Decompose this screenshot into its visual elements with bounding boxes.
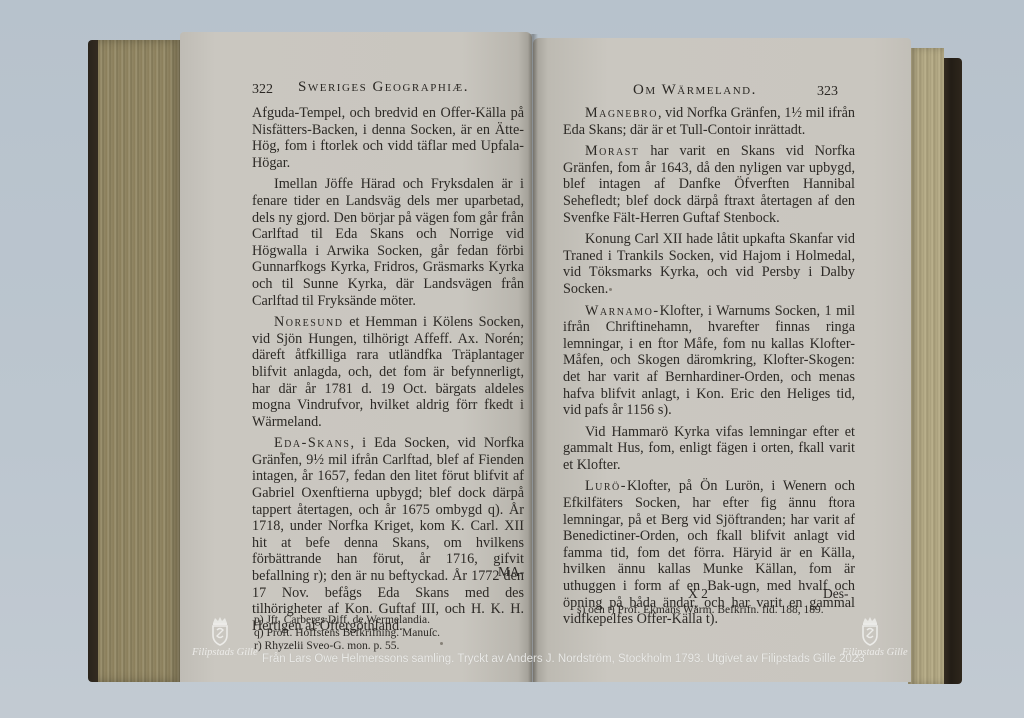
- catchword: Des-: [823, 586, 849, 602]
- catchword: MA-: [498, 564, 524, 580]
- paragraph: Warnamo-Klofter, i Warnums Socken, 1 mil…: [563, 303, 855, 419]
- image-caption: Från Lars Owe Helmerssons samling. Tryck…: [262, 653, 865, 665]
- right-page: Om Wärmeland. 323 Magnebro, vid Norfka G…: [533, 38, 911, 682]
- watermark-logo-left: Filipstads Gille: [192, 616, 248, 664]
- footnote: p) Jft. Carbergs Diff. de Wermelandia.: [254, 614, 440, 627]
- paragraph: Afguda-Tempel, och bredvid en Offer-Käll…: [252, 105, 524, 171]
- paragraph-text: Konung Carl XII hade låtit upkafta Skanf…: [563, 231, 855, 297]
- paper-speck: [609, 288, 612, 291]
- paragraph-text: Vid Hammarö Kyrka vifas lemningar efter …: [563, 424, 855, 473]
- signature-mark: X 2: [688, 586, 708, 602]
- right-page-body: Magnebro, vid Norfka Gränfen, 1½ mil ifr…: [563, 105, 855, 633]
- page-block-left-edge: [98, 40, 182, 682]
- footnote: q) Proft. Hoffstens Befkrifning. Manuſc.: [254, 627, 440, 640]
- right-page-number: 323: [817, 84, 838, 100]
- paragraph: Imellan Jöffe Härad och Fryksdalen är i …: [252, 176, 524, 309]
- paper-speck: [280, 452, 283, 455]
- page-block-right-edge: [908, 48, 944, 684]
- entry-heading: Warnamo-: [585, 303, 660, 319]
- left-page-number: 322: [252, 82, 273, 98]
- entry-heading: Magnebro: [585, 105, 658, 121]
- watermark-text: Filipstads Gille: [192, 647, 248, 658]
- footnote: s) och t) Prof. Ekmans Wärm. Befkrifn. f…: [577, 604, 824, 617]
- book-gutter: [528, 34, 538, 682]
- left-page-body: Afguda-Tempel, och bredvid en Offer-Käll…: [252, 105, 524, 639]
- entry-heading: Lurö-: [585, 478, 627, 494]
- left-footnotes: p) Jft. Carbergs Diff. de Wermelandia. q…: [254, 614, 440, 653]
- crown-crest-icon: [859, 616, 881, 646]
- paragraph: Magnebro, vid Norfka Gränfen, 1½ mil ifr…: [563, 105, 855, 138]
- paper-speck: [440, 642, 443, 645]
- paragraph: Eda-Skans, i Eda Socken, vid Norfka Grän…: [252, 435, 524, 634]
- entry-heading: Eda-Skans: [274, 435, 350, 451]
- paragraph-text: et Hemman i Kölens Socken, vid Sjön Hung…: [252, 314, 524, 430]
- open-book: 322 Sweriges Geographiæ. Afguda-Tempel, …: [0, 0, 1024, 718]
- entry-heading: Noresund: [274, 314, 343, 330]
- right-running-head: Om Wärmeland.: [633, 82, 757, 99]
- paragraph: Noresund et Hemman i Kölens Socken, vid …: [252, 314, 524, 430]
- paragraph: Vid Hammarö Kyrka vifas lemningar efter …: [563, 424, 855, 474]
- right-footnotes: s) och t) Prof. Ekmans Wärm. Befkrifn. f…: [577, 604, 824, 617]
- paragraph-text: , i Eda Socken, vid Norfka Gränfen, 9½ m…: [252, 435, 524, 634]
- paragraph-text: Imellan Jöffe Härad och Fryksdalen är i …: [252, 176, 524, 308]
- footnote: r) Rhyzelii Sveo-G. mon. p. 55.: [254, 640, 440, 653]
- crown-crest-icon: [209, 616, 231, 646]
- paragraph: Morast har varit en Skans vid Norfka Grä…: [563, 143, 855, 226]
- paragraph: Konung Carl XII hade låtit upkafta Skanf…: [563, 231, 855, 297]
- left-page: 322 Sweriges Geographiæ. Afguda-Tempel, …: [180, 32, 532, 682]
- paragraph-text: Klofter, i Warnums Socken, 1 mil ifrån C…: [563, 303, 855, 419]
- paragraph-text: Afguda-Tempel, och bredvid en Offer-Käll…: [252, 105, 524, 171]
- left-running-head: Sweriges Geographiæ.: [298, 79, 469, 96]
- entry-heading: Morast: [585, 143, 639, 159]
